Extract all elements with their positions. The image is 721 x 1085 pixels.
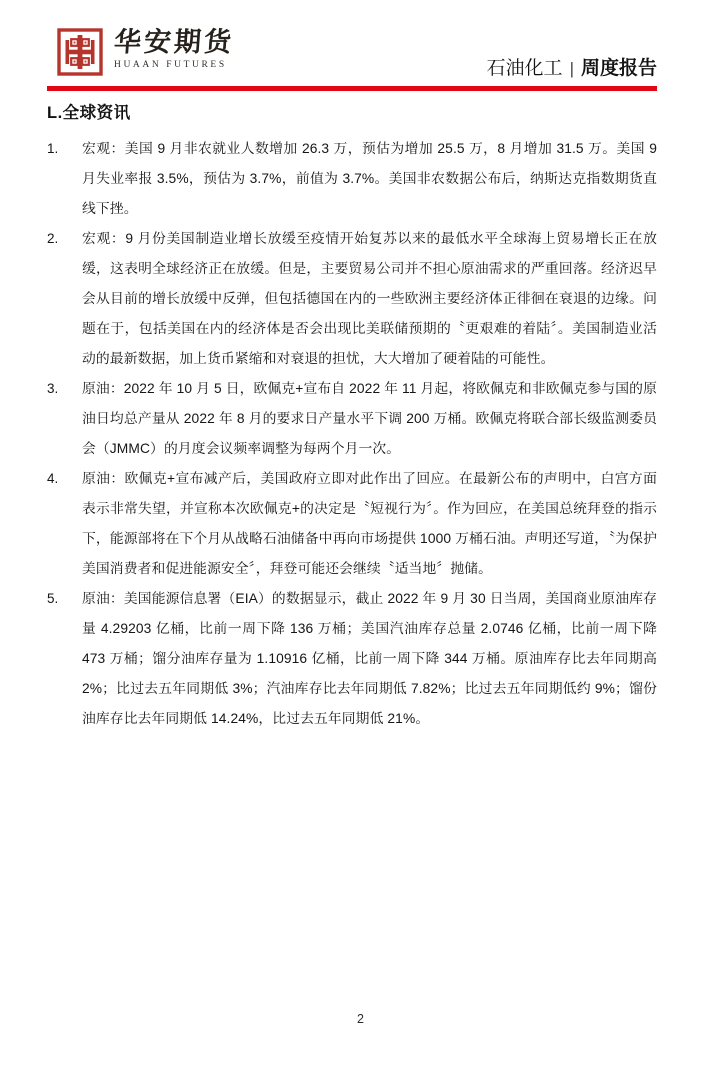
item-number: 3. xyxy=(47,374,82,404)
list-item: 3. 原油：2022 年 10 月 5 日，欧佩克+宣布自 2022 年 11 … xyxy=(47,374,657,464)
section-title: L.全球资讯 xyxy=(47,99,657,123)
brand-name-en: HUAAN FUTURES xyxy=(114,60,234,70)
company-logo: 华安期货 HUAAN FUTURES xyxy=(57,27,234,77)
item-text: 原油：2022 年 10 月 5 日，欧佩克+宣布自 2022 年 11 月起，… xyxy=(82,374,657,464)
item-text: 宏观：9 月份美国制造业增长放缓至疫情开始复苏以来的最低水平全球海上贸易增长正在… xyxy=(82,224,657,374)
report-type: 周度报告 xyxy=(581,58,657,79)
list-item: 4. 原油：欧佩克+宣布减产后，美国政府立即对此作出了回应。在最新公布的声明中，… xyxy=(47,464,657,584)
list-item: 2. 宏观：9 月份美国制造业增长放缓至疫情开始复苏以来的最低水平全球海上贸易增… xyxy=(47,224,657,374)
list-item: 5. 原油：美国能源信息署（EIA）的数据显示，截止 2022 年 9 月 30… xyxy=(47,584,657,734)
item-number: 2. xyxy=(47,224,82,254)
report-category: 石油化工 xyxy=(487,58,563,79)
report-title: 石油化工|周度报告 xyxy=(487,53,657,80)
header-divider-rule xyxy=(47,86,657,91)
item-number: 1. xyxy=(47,134,82,164)
item-number: 4. xyxy=(47,464,82,494)
title-separator: | xyxy=(570,59,574,78)
huaan-seal-icon xyxy=(57,27,103,77)
news-list: 1. 宏观：美国 9 月非农就业人数增加 26.3 万，预估为增加 25.5 万… xyxy=(47,134,657,734)
item-text: 宏观：美国 9 月非农就业人数增加 26.3 万，预估为增加 25.5 万，8 … xyxy=(82,134,657,224)
list-item: 1. 宏观：美国 9 月非农就业人数增加 26.3 万，预估为增加 25.5 万… xyxy=(47,134,657,224)
report-header: 华安期货 HUAAN FUTURES 石油化工|周度报告 xyxy=(0,0,721,92)
item-number: 5. xyxy=(47,584,82,614)
page-content: L.全球资讯 1. 宏观：美国 9 月非农就业人数增加 26.3 万，预估为增加… xyxy=(47,99,657,734)
page-number: 2 xyxy=(0,1012,721,1026)
item-text: 原油：美国能源信息署（EIA）的数据显示，截止 2022 年 9 月 30 日当… xyxy=(82,584,657,734)
item-text: 原油：欧佩克+宣布减产后，美国政府立即对此作出了回应。在最新公布的声明中，白宫方… xyxy=(82,464,657,584)
brand-name-cn: 华安期货 xyxy=(113,28,235,58)
